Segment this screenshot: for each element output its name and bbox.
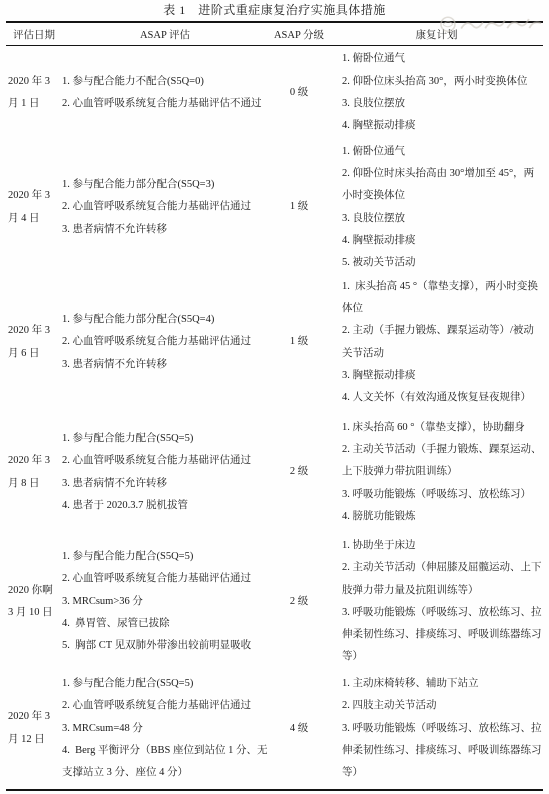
grade-value: 1 级 <box>290 336 308 347</box>
table-row: 2020 年 3 月 12 日 1. 参与配合能力配合(S5Q=5) 2. 心血… <box>6 669 543 789</box>
date-line: 2020 年 3 <box>8 71 62 93</box>
plan-item: 3. 呼吸功能锻炼（呼吸练习、放松练习、拉伸柔韧性练习、排痰练习、呼吸训练器练习… <box>342 718 543 785</box>
date-line: 2020 年 3 <box>8 185 62 207</box>
asap-grade-cell: 2 级 <box>268 591 330 613</box>
eval-date-cell: 2020 年 3 月 1 日 <box>6 71 62 116</box>
grade-value: 2 级 <box>290 596 308 607</box>
rehab-plan-cell: 1. 床头抬高 45 °（靠垫支撑），两小时变换体位 2. 主动（手握力锻炼、踝… <box>330 276 543 410</box>
rehab-plan-cell: 1. 俯卧位通气 2. 仰卧位时床头抬高由 30°增加至 45°，两小时变换体位… <box>330 141 543 275</box>
assessment-item: 2. 心血管呼吸系统复合能力基础评估通过 <box>62 450 268 472</box>
col-header-asap-assessment: ASAP 评估 <box>62 27 268 42</box>
assessment-item: 3. MRCsum>36 分 <box>62 591 268 613</box>
asap-grade-cell: 2 级 <box>268 461 330 483</box>
asap-assessment-cell: 1. 参与配合能力部分配合(S5Q=3) 2. 心血管呼吸系统复合能力基础评估通… <box>62 174 268 241</box>
eval-date-cell: 2020 年 3 月 8 日 <box>6 450 62 495</box>
assessment-item: 2. 心血管呼吸系统复合能力基础评估不通过 <box>62 93 268 115</box>
plan-item: 1. 协助坐于床边 <box>342 535 543 557</box>
assessment-item: 1. 参与配合能力配合(S5Q=5) <box>62 428 268 450</box>
rehab-plan-cell: 1. 主动床椅转移、辅助下站立 2. 四肢主动关节活动 3. 呼吸功能锻炼（呼吸… <box>330 673 543 784</box>
assessment-item: 1. 参与配合能力部分配合(S5Q=4) <box>62 309 268 331</box>
assessment-item: 3. 患者病情不允许转移 <box>62 219 268 241</box>
plan-item: 2. 四肢主动关节活动 <box>342 695 543 717</box>
col-header-eval-date: 评估日期 <box>6 27 62 42</box>
plan-item: 2. 主动关节活动（手握力锻炼、踝泵运动、上下肢弹力带抗阻训练） <box>342 439 543 484</box>
plan-item: 1. 床头抬高 60 °（靠垫支撑），协助翻身 <box>342 417 543 439</box>
eval-date-cell: 2020 你啊 3 月 10 日 <box>6 580 62 625</box>
date-line: 2020 年 3 <box>8 320 62 342</box>
date-line: 月 12 日 <box>8 729 62 751</box>
assessment-item: 2. 心血管呼吸系统复合能力基础评估通过 <box>62 695 268 717</box>
assessment-item: 2. 心血管呼吸系统复合能力基础评估通过 <box>62 196 268 218</box>
assessment-item: 1. 参与配合能力不配合(S5Q=0) <box>62 71 268 93</box>
rehab-plan-cell: 1. 床头抬高 60 °（靠垫支撑），协助翻身 2. 主动关节活动（手握力锻炼、… <box>330 417 543 528</box>
plan-item: 5. 被动关节活动 <box>342 252 543 274</box>
assessment-item: 4. 患者于 2020.3.7 脱机拔管 <box>62 495 268 517</box>
assessment-item: 4. Berg 平衡评分（BBS 座位到站位 1 分、无支撑站立 3 分、座位 … <box>62 740 268 785</box>
plan-item: 3. 胸壁振动排痰 <box>342 365 543 387</box>
asap-assessment-cell: 1. 参与配合能力部分配合(S5Q=4) 2. 心血管呼吸系统复合能力基础评估通… <box>62 309 268 376</box>
plan-item: 1. 主动床椅转移、辅助下站立 <box>342 673 543 695</box>
plan-item: 3. 呼吸功能锻炼（呼吸练习、放松练习、拉伸柔韧性练习、排痰练习、呼吸训练器练习… <box>342 602 543 669</box>
col-header-asap-grade: ASAP 分级 <box>268 27 330 42</box>
plan-item: 2. 仰卧位床头抬高 30°，两小时变换体位 <box>342 71 543 93</box>
table-row: 2020 年 3 月 6 日 1. 参与配合能力部分配合(S5Q=4) 2. 心… <box>6 275 543 410</box>
assessment-item: 3. 患者病情不允许转移 <box>62 473 268 495</box>
plan-item: 1. 俯卧位通气 <box>342 141 543 163</box>
assessment-item: 1. 参与配合能力配合(S5Q=5) <box>62 546 268 568</box>
assessment-item: 4. 鼻胃管、尿管已拔除 <box>62 613 268 635</box>
rehab-plan-cell: 1. 俯卧位通气 2. 仰卧位床头抬高 30°，两小时变换体位 3. 良肢位摆放… <box>330 48 543 137</box>
date-line: 月 6 日 <box>8 343 62 365</box>
grade-value: 4 级 <box>290 723 308 734</box>
grade-value: 0 级 <box>290 87 308 98</box>
date-line: 2020 年 3 <box>8 706 62 728</box>
assessment-item: 3. MRCsum=48 分 <box>62 718 268 740</box>
col-header-rehab-plan: 康复计划 <box>330 27 543 42</box>
assessment-item: 2. 心血管呼吸系统复合能力基础评估通过 <box>62 331 268 353</box>
date-line: 3 月 10 日 <box>8 602 62 624</box>
plan-item: 2. 仰卧位时床头抬高由 30°增加至 45°，两小时变换体位 <box>342 163 543 208</box>
plan-item: 2. 主动（手握力锻炼、踝泵运动等）/被动关节活动 <box>342 320 543 365</box>
asap-grade-cell: 0 级 <box>268 82 330 104</box>
table-row: 2020 年 3 月 8 日 1. 参与配合能力配合(S5Q=5) 2. 心血管… <box>6 410 543 535</box>
date-line: 月 1 日 <box>8 93 62 115</box>
asap-assessment-cell: 1. 参与配合能力配合(S5Q=5) 2. 心血管呼吸系统复合能力基础评估通过 … <box>62 428 268 517</box>
plan-item: 2. 主动关节活动（伸屈膝及屈髋运动、上下肢弹力带力量及抗阻训练等） <box>342 557 543 602</box>
plan-item: 4. 人文关怀（有效沟通及恢复昼夜规律） <box>342 387 543 409</box>
date-line: 2020 年 3 <box>8 450 62 472</box>
date-line: 月 8 日 <box>8 473 62 495</box>
asap-assessment-cell: 1. 参与配合能力配合(S5Q=5) 2. 心血管呼吸系统复合能力基础评估通过 … <box>62 673 268 784</box>
assessment-item: 3. 患者病情不允许转移 <box>62 354 268 376</box>
eval-date-cell: 2020 年 3 月 4 日 <box>6 185 62 230</box>
plan-item: 4. 胸壁振动排痰 <box>342 230 543 252</box>
asap-grade-cell: 4 级 <box>268 718 330 740</box>
plan-item: 1. 俯卧位通气 <box>342 48 543 70</box>
asap-assessment-cell: 1. 参与配合能力配合(S5Q=5) 2. 心血管呼吸系统复合能力基础评估通过 … <box>62 546 268 657</box>
assessment-item: 1. 参与配合能力配合(S5Q=5) <box>62 673 268 695</box>
plan-item: 4. 胸壁振动排痰 <box>342 115 543 137</box>
asap-assessment-cell: 1. 参与配合能力不配合(S5Q=0) 2. 心血管呼吸系统复合能力基础评估不通… <box>62 71 268 116</box>
date-line: 月 4 日 <box>8 208 62 230</box>
assessment-item: 5. 胸部 CT 见双肺外带渗出较前明显吸收 <box>62 635 268 657</box>
assessment-item: 2. 心血管呼吸系统复合能力基础评估通过 <box>62 568 268 590</box>
grade-value: 1 级 <box>290 201 308 212</box>
rehab-measures-table: 评估日期 ASAP 评估 ASAP 分级 康复计划 2020 年 3 月 1 日… <box>6 21 543 791</box>
asap-grade-cell: 1 级 <box>268 331 330 353</box>
eval-date-cell: 2020 年 3 月 12 日 <box>6 706 62 751</box>
plan-item: 4. 膀胱功能锻炼 <box>342 506 543 528</box>
asap-grade-cell: 1 级 <box>268 196 330 218</box>
date-line: 2020 你啊 <box>8 580 62 602</box>
grade-value: 2 级 <box>290 466 308 477</box>
plan-item: 3. 呼吸功能锻炼（呼吸练习、放松练习） <box>342 484 543 506</box>
plan-item: 3. 良肢位摆放 <box>342 208 543 230</box>
rehab-plan-cell: 1. 协助坐于床边 2. 主动关节活动（伸屈膝及屈髋运动、上下肢弹力带力量及抗阻… <box>330 535 543 669</box>
table-row: 2020 年 3 月 4 日 1. 参与配合能力部分配合(S5Q=3) 2. 心… <box>6 140 543 275</box>
table-row: 2020 年 3 月 1 日 1. 参与配合能力不配合(S5Q=0) 2. 心血… <box>6 46 543 140</box>
plan-item: 1. 床头抬高 45 °（靠垫支撑），两小时变换体位 <box>342 276 543 321</box>
plan-item: 3. 良肢位摆放 <box>342 93 543 115</box>
table-header: 评估日期 ASAP 评估 ASAP 分级 康复计划 <box>6 23 543 46</box>
paper-page: 表 1 进阶式重症康复治疗实施具体措施 评估日期 ASAP 评估 ASAP 分级… <box>0 0 549 794</box>
table-row: 2020 你啊 3 月 10 日 1. 参与配合能力配合(S5Q=5) 2. 心… <box>6 535 543 669</box>
eval-date-cell: 2020 年 3 月 6 日 <box>6 320 62 365</box>
table-caption: 表 1 进阶式重症康复治疗实施具体措施 <box>0 0 549 21</box>
assessment-item: 1. 参与配合能力部分配合(S5Q=3) <box>62 174 268 196</box>
